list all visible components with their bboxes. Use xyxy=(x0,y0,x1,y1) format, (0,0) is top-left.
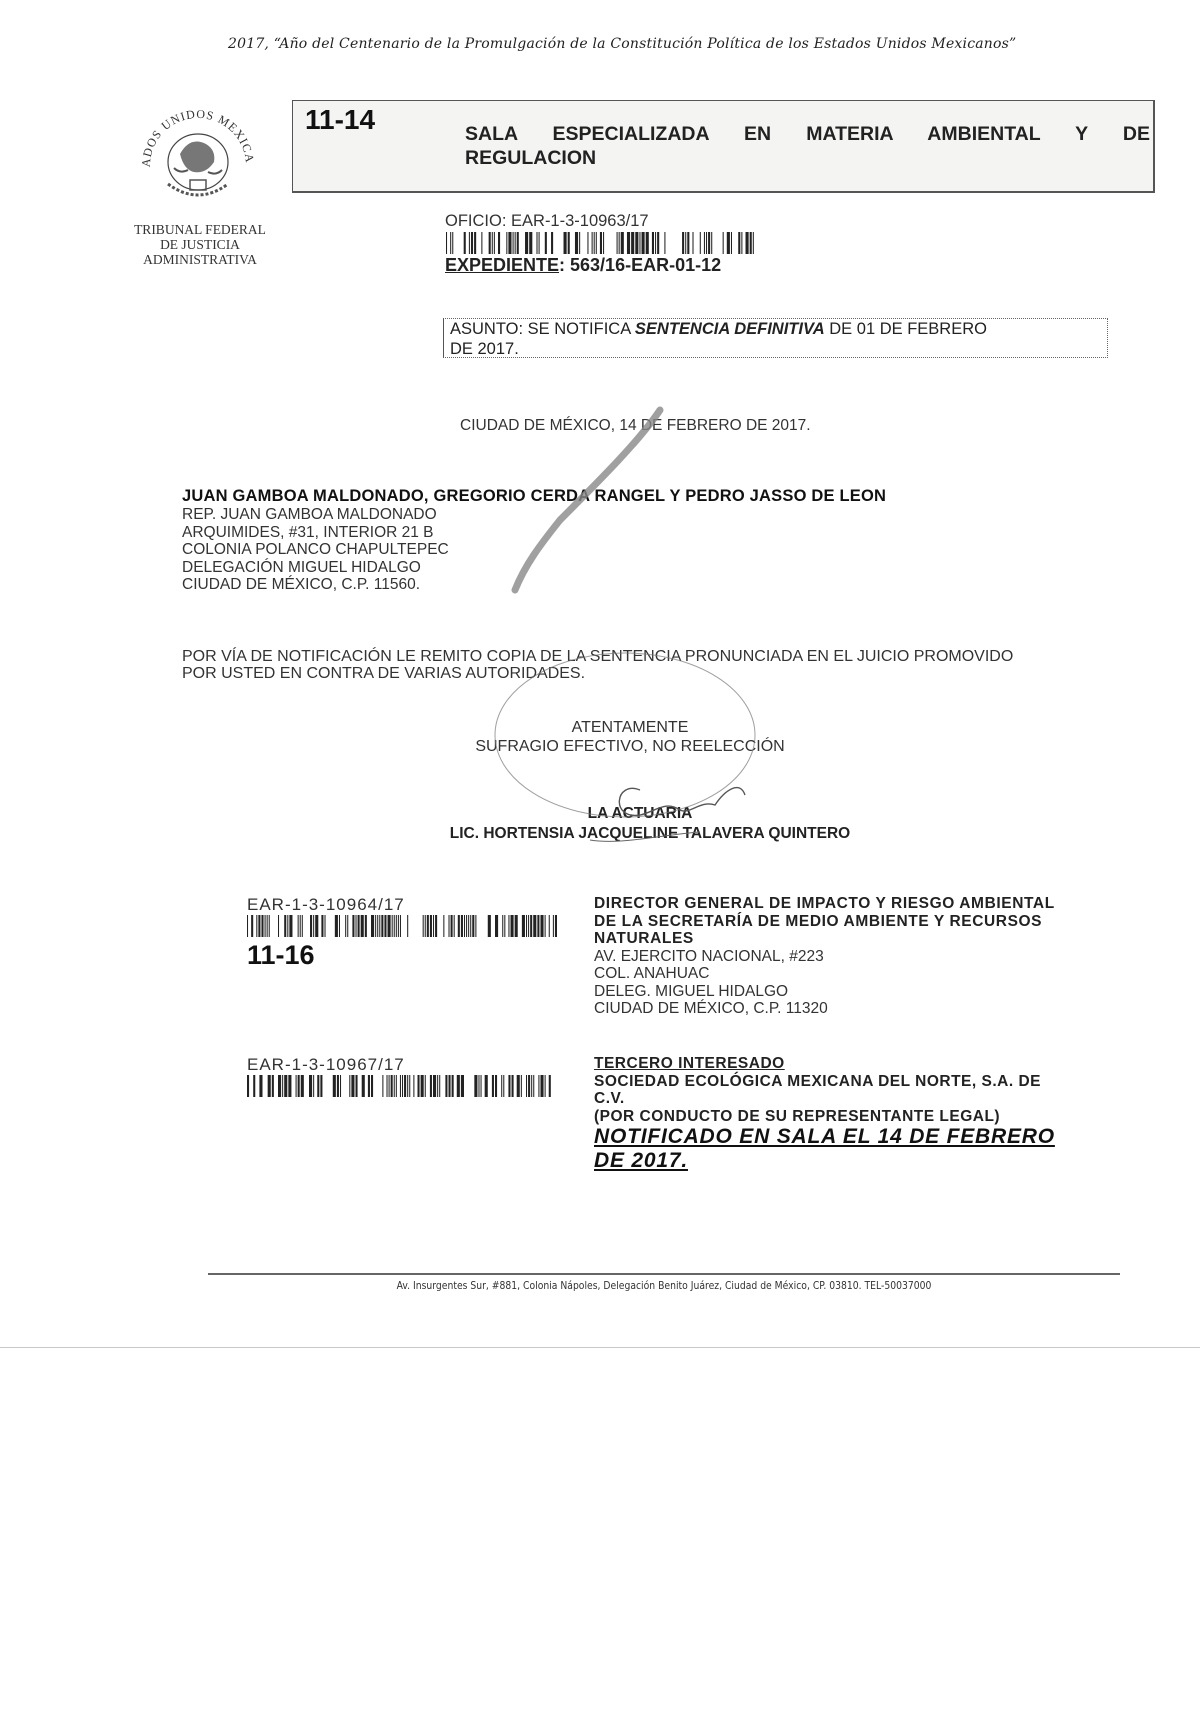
asunto-emphasis: SENTENCIA DEFINITIVA xyxy=(635,320,825,338)
expediente-number: EXPEDIENTE: 563/16-EAR-01-12 xyxy=(445,255,721,276)
address-line: CIUDAD DE MÉXICO, C.P. 11560. xyxy=(182,576,449,594)
recipient-address: REP. JUAN GAMBOA MALDONADO ARQUIMIDES, #… xyxy=(182,506,449,594)
recipient-line: SOCIEDAD ECOLÓGICA MEXICANA DEL NORTE, S… xyxy=(594,1073,1104,1091)
sala-title: SALA ESPECIALIZADA EN MATERIA AMBIENTAL … xyxy=(465,122,1150,170)
oficio-value: EAR-1-3-10963/17 xyxy=(511,212,649,230)
recipient-names: JUAN GAMBOA MALDONADO, GREGORIO CERDA RA… xyxy=(182,487,886,506)
expediente-label: EXPEDIENTE xyxy=(445,255,559,275)
scan-edge-line xyxy=(0,1347,1200,1348)
barcode-icon xyxy=(247,915,557,937)
asunto-prefix: ASUNTO: SE NOTIFICA xyxy=(450,320,635,338)
tribunal-line: ADMINISTRATIVA xyxy=(110,252,290,267)
third-party-heading: TERCERO INTERESADO xyxy=(594,1055,1104,1073)
tribunal-line: DE JUSTICIA xyxy=(110,237,290,252)
address-line: ARQUIMIDES, #31, INTERIOR 21 B xyxy=(182,524,449,542)
recipient-line: DE LA SECRETARÍA DE MEDIO AMBIENTE Y REC… xyxy=(594,913,1104,931)
copy-recipient: TERCERO INTERESADO SOCIEDAD ECOLÓGICA ME… xyxy=(594,1055,1104,1173)
footer-address: Av. Insurgentes Sur, #881, Colonia Nápol… xyxy=(263,1280,1066,1292)
body-line: POR USTED EN CONTRA DE VARIAS AUTORIDADE… xyxy=(182,665,1122,682)
header-code: 11-14 xyxy=(305,104,375,136)
closing-line: SUFRAGIO EFECTIVO, NO REELECCIÓN xyxy=(420,737,840,756)
address-line: COLONIA POLANCO CHAPULTEPEC xyxy=(182,541,449,559)
closing: ATENTAMENTE SUFRAGIO EFECTIVO, NO REELEC… xyxy=(420,718,840,756)
address-line: REP. JUAN GAMBOA MALDONADO xyxy=(182,506,449,524)
signer-role: LA ACTUARIA xyxy=(420,805,860,823)
notification-stamp: NOTIFICADO EN SALA EL 14 DE FEBRERO xyxy=(594,1125,1104,1149)
copy-recipient: DIRECTOR GENERAL DE IMPACTO Y RIESGO AMB… xyxy=(594,895,1104,1018)
address-line: DELEG. MIGUEL HIDALGO xyxy=(594,983,1104,1001)
copy-oficio-code: EAR-1-3-10967/17 xyxy=(247,1055,405,1075)
barcode-icon xyxy=(247,1075,557,1097)
tribunal-name: TRIBUNAL FEDERAL DE JUSTICIA ADMINISTRAT… xyxy=(110,222,290,267)
recipient-line: NATURALES xyxy=(594,930,1104,948)
address-line: CIUDAD DE MÉXICO, C.P. 11320 xyxy=(594,1000,1104,1018)
place-date: CIUDAD DE MÉXICO, 14 DE FEBRERO DE 2017. xyxy=(460,417,811,435)
closing-line: ATENTAMENTE xyxy=(420,718,840,737)
coat-of-arms-icon: ESTADOS UNIDOS MEXICANOS xyxy=(128,96,268,214)
notification-body: POR VÍA DE NOTIFICACIÓN LE REMITO COPIA … xyxy=(182,648,1122,682)
oficio-number: OFICIO: EAR-1-3-10963/17 xyxy=(445,212,649,231)
body-line: POR VÍA DE NOTIFICACIÓN LE REMITO COPIA … xyxy=(182,648,1122,665)
recipient-line: (POR CONDUCTO DE SU REPRESENTANTE LEGAL) xyxy=(594,1108,1104,1126)
recipient-line: C.V. xyxy=(594,1090,1104,1108)
asunto-line-2: DE 2017. xyxy=(450,339,1107,359)
recipient-line: DIRECTOR GENERAL DE IMPACTO Y RIESGO AMB… xyxy=(594,895,1104,913)
asunto-line: ASUNTO: SE NOTIFICA SENTENCIA DEFINITIVA… xyxy=(450,319,1107,339)
notification-stamp: DE 2017. xyxy=(594,1149,1104,1173)
asunto-suffix: DE 01 DE FEBRERO xyxy=(825,320,987,338)
footer-divider xyxy=(208,1273,1120,1275)
oficio-label: OFICIO: xyxy=(445,212,506,230)
asunto-box: ASUNTO: SE NOTIFICA SENTENCIA DEFINITIVA… xyxy=(443,318,1108,358)
copy-oficio-code: EAR-1-3-10964/17 xyxy=(247,895,405,915)
copy-number: 11-16 xyxy=(247,940,315,971)
tribunal-line: TRIBUNAL FEDERAL xyxy=(110,222,290,237)
address-line: COL. ANAHUAC xyxy=(594,965,1104,983)
barcode-icon xyxy=(446,232,758,254)
address-line: DELEGACIÓN MIGUEL HIDALGO xyxy=(182,559,449,577)
expediente-value: : 563/16-EAR-01-12 xyxy=(559,255,721,275)
signer-name: LIC. HORTENSIA JACQUELINE TALAVERA QUINT… xyxy=(400,825,900,843)
address-line: AV. EJERCITO NACIONAL, #223 xyxy=(594,948,1104,966)
year-motto: 2017, “Año del Centenario de la Promulga… xyxy=(228,36,1016,52)
